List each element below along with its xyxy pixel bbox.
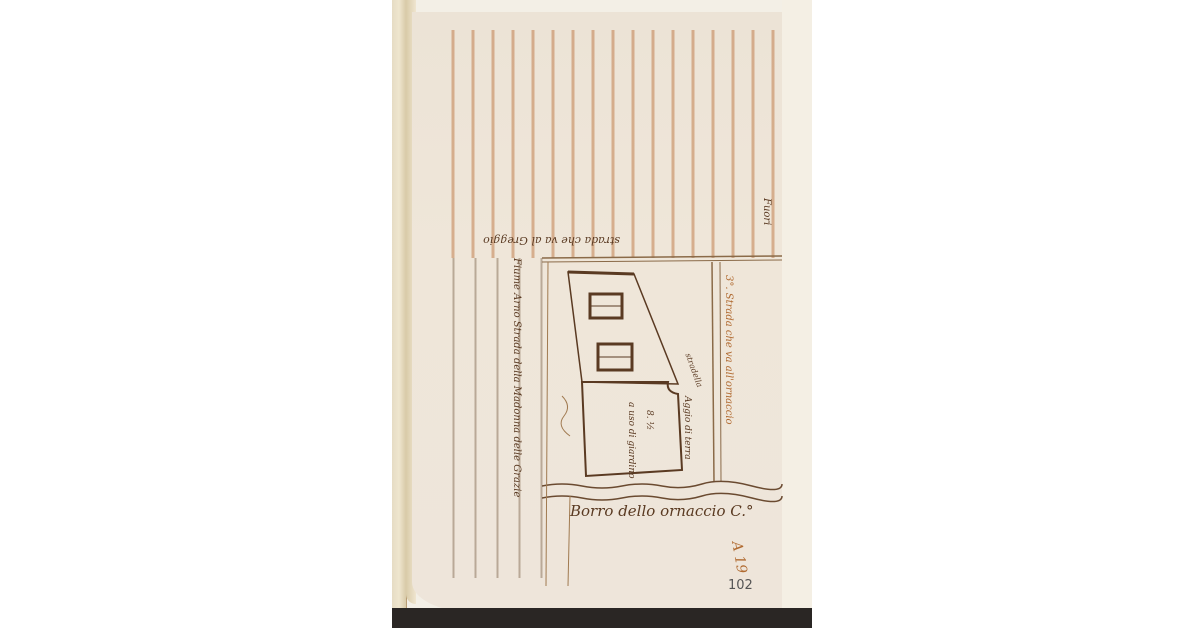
label-bottom-road: Borro dello ornaccio C.° bbox=[570, 502, 754, 520]
folio-number: 102 bbox=[728, 578, 753, 593]
handwritten-text-lower bbox=[442, 258, 552, 578]
label-plan-note-2: 8. ½ bbox=[644, 410, 654, 430]
bottom-road-suffix: C.° bbox=[730, 502, 753, 520]
label-top-road: strada che va al Greggio bbox=[483, 234, 620, 247]
handwritten-text-upper bbox=[442, 30, 792, 258]
label-right-road: 3°. Strada che va all'ornaccio bbox=[723, 275, 734, 425]
label-top-corner: Fuori bbox=[761, 198, 772, 225]
floor-plan-sketch bbox=[542, 246, 787, 586]
label-plan-note-3: a uso di giardino bbox=[626, 402, 636, 479]
manuscript-viewer: strada che va al Greggio Fuori 3°. Strad… bbox=[392, 0, 812, 628]
label-plan-note-1: Aggio di terra bbox=[682, 396, 692, 460]
table-edge bbox=[392, 608, 812, 628]
book-binding-edge bbox=[392, 0, 407, 612]
label-left-road: Fiume Arno Strada della Madonna delle Gr… bbox=[511, 258, 522, 497]
bottom-road-name: Borro dello ornaccio bbox=[570, 502, 726, 520]
